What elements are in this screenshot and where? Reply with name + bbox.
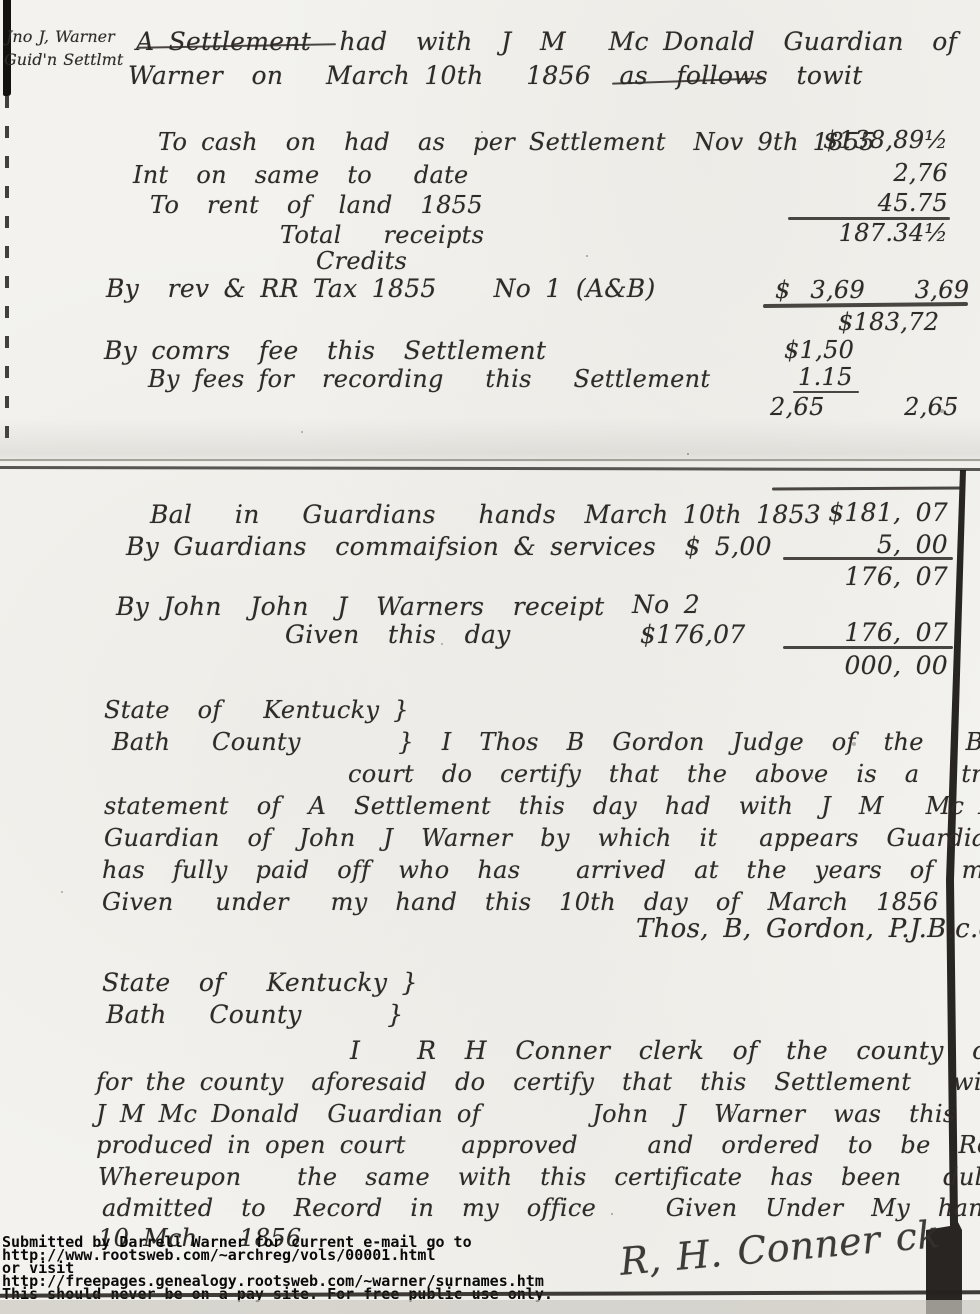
tax-row-amount: $ 3,69 3,69	[775, 276, 969, 304]
judge-signature: Thos, B, Gordon, P.J.B.c.c	[636, 914, 980, 944]
subtotal-amount: $183,72	[838, 308, 939, 336]
clerk-cert-line: J M Mc Donald Guardian of John J Warner …	[96, 1100, 980, 1128]
judge-cert-line: court do certify that the above is a tru…	[348, 760, 980, 788]
credits-header: Credits	[316, 247, 407, 275]
tax-row-desc: By rev & RR Tax 1855 No 1 (A&B)	[106, 274, 656, 303]
judge-cert-line: Guardian of John J Warner by which it ap…	[104, 824, 980, 852]
receipt-row-desc: By John John J Warners receipt	[116, 592, 604, 621]
ledger-row-amount: 45.75	[740, 189, 948, 217]
ledger-row-desc: Total receipts	[280, 221, 484, 249]
ledger-row-desc: To rent of land 1855	[150, 191, 483, 219]
judge-cert-state-line: State of Kentucky }	[104, 696, 409, 724]
scan-edge-left-solid	[3, 0, 11, 96]
clerk-signature: R, H. Conner ck	[618, 1212, 942, 1284]
heading-line1: A Settlement had with J M Mc Donald Guar…	[136, 27, 980, 56]
balance-row-amount: $181, 07	[770, 498, 948, 527]
clerk-cert-line: I R H Conner clerk of the county court	[350, 1036, 980, 1065]
margin-note-line1: Jno J, Warner	[6, 27, 115, 46]
ledger-row-amount: $138,89½	[740, 126, 948, 154]
scan-edge-left-dashed	[5, 96, 9, 454]
fee-row-desc: By comrs fee this Settlement	[104, 336, 546, 365]
fee-row-amount: $1,50	[784, 336, 854, 364]
judge-cert-line: has fully paid off who has arrived at th…	[102, 856, 980, 884]
sheet-seam-line	[0, 459, 980, 461]
carry-rule	[772, 486, 964, 490]
zero-total: 000, 00	[770, 651, 948, 680]
given-row-desc: Given this day	[285, 620, 511, 649]
judge-cert-line: Given under my hand this 10th day of Mar…	[102, 888, 939, 916]
heading-line2: Warner on March 10th 1856 as follows tow…	[128, 61, 863, 90]
underline-rule	[783, 646, 953, 649]
commission-row-amount: 5, 00	[770, 530, 948, 559]
judge-cert-county-line: Bath County } I Thos B Gordon Judge of t…	[112, 728, 980, 756]
margin-note-line2: Guid'n Settlmt	[4, 50, 123, 69]
ledger-row-desc: Int on same to date	[133, 161, 469, 189]
clerk-cert-line: produced in open court approved and orde…	[96, 1131, 980, 1159]
judge-cert-line: statement of A Settlement this day had w…	[104, 792, 980, 820]
totals-row-amounts: 2,65 2,65	[770, 393, 959, 421]
scanned-document-page: Jno J, Warner Guid'n Settlmt A Settlemen…	[0, 0, 980, 1314]
clerk-cert-state-line: State of Kentucky }	[102, 968, 418, 997]
fold-shadow	[0, 418, 980, 462]
clerk-cert-county-line: Bath County }	[106, 1000, 403, 1029]
receipt-number: No 2	[632, 590, 700, 619]
scan-bottom-strip	[0, 1300, 980, 1314]
given-row-mid-amount: $176,07	[640, 620, 745, 649]
given-row-amount: 176, 07	[770, 618, 948, 647]
recording-row-amount: 1.15	[798, 363, 853, 391]
ledger-row-amount: 2,76	[740, 159, 948, 187]
sheet2-top-edge	[0, 466, 980, 471]
clerk-cert-line: admitted to Record in my office Given Un…	[102, 1194, 980, 1222]
commission-row-desc: By Guardians commaifsion & services $ 5,…	[126, 532, 772, 561]
ledger-row-amount: 187.34½	[740, 219, 948, 247]
recording-row-desc: By fees for recording this Settlement	[148, 365, 710, 393]
subtotal-amount: 176, 07	[770, 562, 948, 591]
clerk-cert-line: for the county aforesaid do certify that…	[96, 1068, 980, 1096]
underline-rule	[783, 557, 953, 560]
clerk-cert-line: Whereupon the same with this certificate…	[98, 1163, 980, 1191]
balance-row-desc: Bal in Guardians hands March 10th 1853	[150, 500, 821, 529]
